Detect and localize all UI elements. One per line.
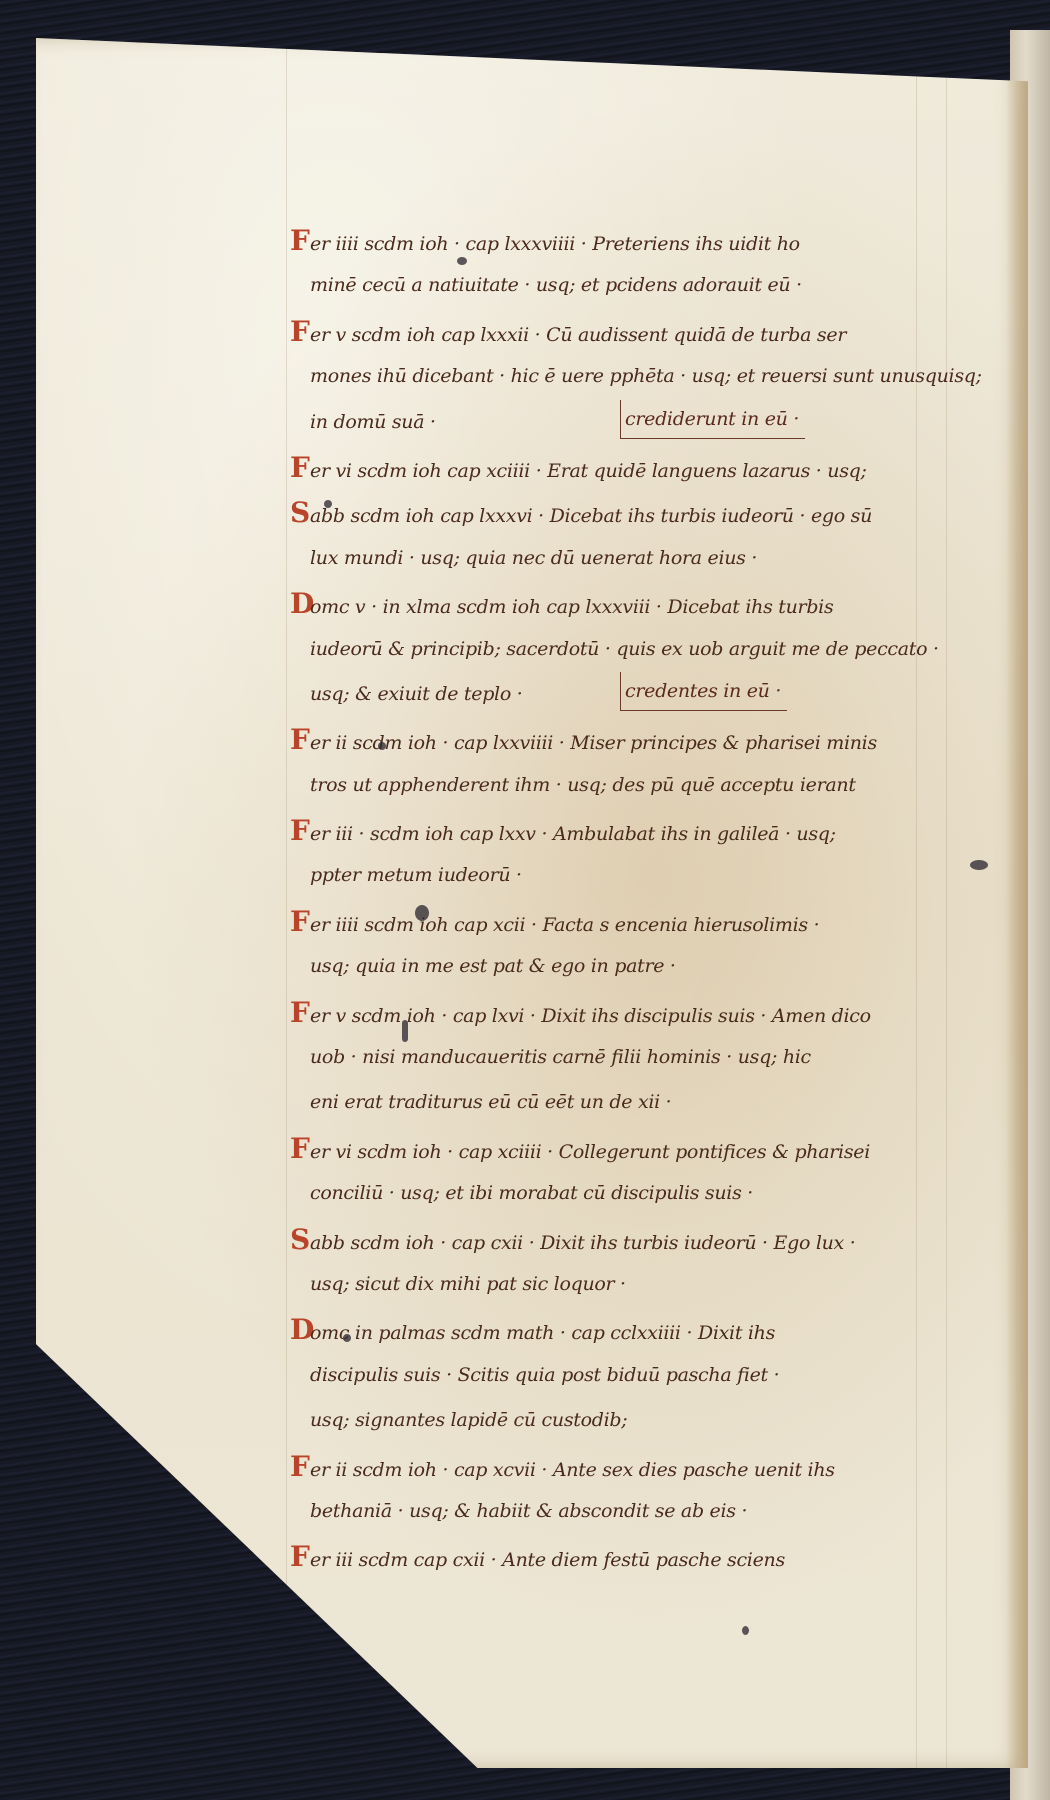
line-text: er iiii scdm ioh cap xcii · Facta s ence… <box>310 914 819 936</box>
manuscript-line: lux mundi · usq; quia nec dū uenerat hor… <box>290 536 850 581</box>
manuscript-line: Fer iii · scdm ioh cap lxxv · Ambulabat … <box>290 808 850 853</box>
line-text: bethaniā · usq; & habiit & abscondit se … <box>310 1500 747 1522</box>
line-text: er iii · scdm ioh cap lxxv · Ambulabat i… <box>310 823 836 845</box>
manuscript-line: Fer vi scdm ioh cap xciiii · Erat quidē … <box>290 445 850 490</box>
rubricated-initial: F <box>290 218 310 263</box>
incipit-tag: crediderunt in eū · <box>620 400 805 439</box>
line-text: in domū suā · <box>310 411 436 433</box>
line-text: omc in palmas scdm math · cap cclxxiiii … <box>310 1322 775 1344</box>
line-text: tros ut apphenderent ihm · usq; des pū q… <box>310 774 856 796</box>
rubricated-initial: F <box>290 1126 310 1171</box>
manuscript-line: usq; & exiuit de teplo ·credentes in eū … <box>290 672 850 717</box>
line-text: er iii scdm cap cxii · Ante diem festū p… <box>310 1549 785 1571</box>
line-text: omc v · in xlma scdm ioh cap lxxxviii · … <box>310 596 833 618</box>
manuscript-line: Domc in palmas scdm math · cap cclxxiiii… <box>290 1307 850 1352</box>
manuscript-line: iudeorū & principib; sacerdotū · quis ex… <box>290 627 850 672</box>
manuscript-line: Sabb scdm ioh cap lxxxvi · Dicebat ihs t… <box>290 490 850 535</box>
line-text: minē cecū a natiuitate · usq; et pcidens… <box>310 274 802 296</box>
ruling-line-right <box>916 38 917 1768</box>
ink-blot <box>415 905 429 921</box>
manuscript-line: Domc v · in xlma scdm ioh cap lxxxviii ·… <box>290 581 850 626</box>
manuscript-line: Fer v scdm ioh · cap lxvi · Dixit ihs di… <box>290 990 850 1035</box>
line-text: conciliū · usq; et ibi morabat cū discip… <box>310 1182 753 1204</box>
rubricated-initial: F <box>290 990 310 1035</box>
incipit-tag: credentes in eū · <box>620 672 787 711</box>
line-text: usq; sicut dix mihi pat sic loquor · <box>310 1273 626 1295</box>
manuscript-line: Fer ii scdm ioh · cap lxxviiii · Miser p… <box>290 717 850 762</box>
pricking-dot <box>324 500 332 508</box>
ruling-line-margin <box>946 38 947 1768</box>
line-text: abb scdm ioh cap lxxxvi · Dicebat ihs tu… <box>310 505 872 527</box>
ink-blot <box>742 1626 749 1635</box>
manuscript-line: ppter metum iudeorū · <box>290 853 850 898</box>
manuscript-line: discipulis suis · Scitis quia post biduū… <box>290 1353 850 1398</box>
line-text: er v scdm ioh · cap lxvi · Dixit ihs dis… <box>310 1005 871 1027</box>
text-block: Fer iiii scdm ioh · cap lxxxviiii · Pret… <box>290 218 850 1580</box>
line-text: er ii scdm ioh · cap lxxviiii · Miser pr… <box>310 732 877 754</box>
line-text: usq; signantes lapidē cū custodib; <box>310 1409 627 1431</box>
line-text: er vi scdm ioh · cap xciiii · Collegerun… <box>310 1141 870 1163</box>
rubricated-initial: F <box>290 717 310 762</box>
rubricated-initial: F <box>290 309 310 354</box>
rubricated-initial: F <box>290 445 310 490</box>
rubricated-initial: S <box>290 1217 310 1262</box>
line-text: abb scdm ioh · cap cxii · Dixit ihs turb… <box>310 1232 855 1254</box>
line-text: uob · nisi manducaueritis carnē filii ho… <box>310 1046 811 1068</box>
manuscript-line: Fer vi scdm ioh · cap xciiii · Collegeru… <box>290 1126 850 1171</box>
rubricated-initial: F <box>290 808 310 853</box>
manuscript-line: conciliū · usq; et ibi morabat cū discip… <box>290 1171 850 1216</box>
line-text: discipulis suis · Scitis quia post biduū… <box>310 1364 779 1386</box>
line-text: mones ihū dicebant · hic ē uere pphēta ·… <box>310 365 982 387</box>
manuscript-line: Fer ii scdm ioh · cap xcvii · Ante sex d… <box>290 1444 850 1489</box>
manuscript-line: tros ut apphenderent ihm · usq; des pū q… <box>290 763 850 808</box>
line-text: iudeorū & principib; sacerdotū · quis ex… <box>310 638 939 660</box>
line-text: er vi scdm ioh cap xciiii · Erat quidē l… <box>310 460 867 482</box>
line-text: usq; & exiuit de teplo · <box>310 683 522 705</box>
line-text: ppter metum iudeorū · <box>310 864 522 886</box>
manuscript-line: minē cecū a natiuitate · usq; et pcidens… <box>290 263 850 308</box>
rubricated-initial: F <box>290 1444 310 1489</box>
manuscript-line: in domū suā ·crediderunt in eū · <box>290 400 850 445</box>
manuscript-line: usq; sicut dix mihi pat sic loquor · <box>290 1262 850 1307</box>
line-text: lux mundi · usq; quia nec dū uenerat hor… <box>310 547 757 569</box>
manuscript-line: uob · nisi manducaueritis carnē filii ho… <box>290 1035 850 1080</box>
manuscript-line: Fer v scdm ioh cap lxxxii · Cū audissent… <box>290 309 850 354</box>
manuscript-line: mones ihū dicebant · hic ē uere pphēta ·… <box>290 354 850 399</box>
manuscript-line: Fer iii scdm cap cxii · Ante diem festū … <box>290 1534 850 1579</box>
manuscript-line: Fer iiii scdm ioh · cap lxxxviiii · Pret… <box>290 218 850 263</box>
pricking-dot <box>378 742 386 750</box>
manuscript-line: Fer iiii scdm ioh cap xcii · Facta s enc… <box>290 899 850 944</box>
ink-blot <box>457 257 467 265</box>
rubricated-initial: D <box>290 581 310 626</box>
line-text: er ii scdm ioh · cap xcvii · Ante sex di… <box>310 1459 835 1481</box>
rubricated-initial: D <box>290 1307 310 1352</box>
line-text: er iiii scdm ioh · cap lxxxviiii · Prete… <box>310 233 800 255</box>
ink-blot <box>970 860 988 870</box>
manuscript-line: bethaniā · usq; & habiit & abscondit se … <box>290 1489 850 1534</box>
line-text: er v scdm ioh cap lxxxii · Cū audissent … <box>310 324 846 346</box>
ruling-line-left <box>286 38 287 1768</box>
manuscript-line: eni erat traditurus eū cū eēt un de xii … <box>290 1080 850 1125</box>
manuscript-line: usq; signantes lapidē cū custodib; <box>290 1398 850 1443</box>
rubricated-initial: F <box>290 899 310 944</box>
manuscript-line: usq; quia in me est pat & ego in patre · <box>290 944 850 989</box>
rubricated-initial: F <box>290 1534 310 1579</box>
manuscript-line: Sabb scdm ioh · cap cxii · Dixit ihs tur… <box>290 1217 850 1262</box>
line-text: eni erat traditurus eū cū eēt un de xii … <box>310 1091 671 1113</box>
line-text: usq; quia in me est pat & ego in patre · <box>310 955 676 977</box>
ink-blot <box>402 1020 408 1042</box>
rubricated-initial: S <box>290 490 310 535</box>
pricking-dot <box>343 1334 351 1342</box>
